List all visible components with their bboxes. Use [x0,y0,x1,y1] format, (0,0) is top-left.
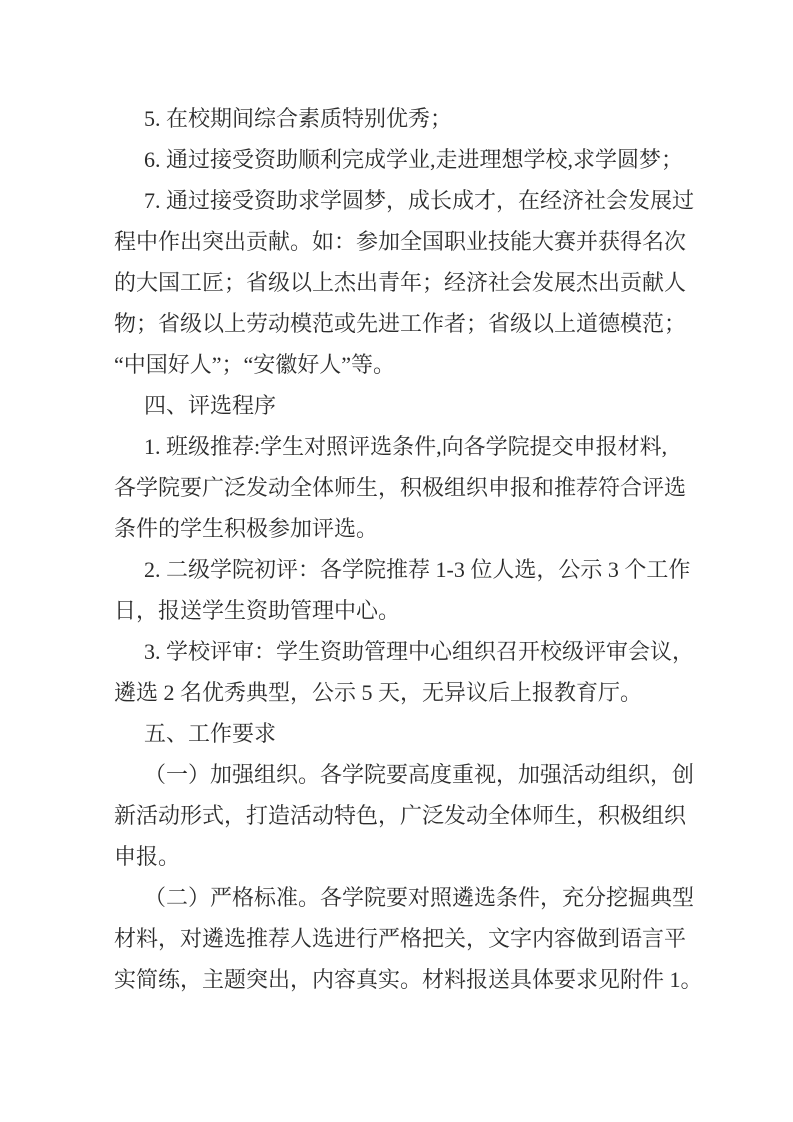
requirement-1-line-2: 新活动形式，打造活动特色，广泛发动全体师生，积极组织 [114,795,705,836]
list-item-6: 6. 通过接受资助顺利完成学业,走进理想学校,求学圆梦； [114,139,705,180]
requirement-1-line-3: 申报。 [114,836,705,877]
section-heading-4: 四、评选程序 [114,385,705,426]
procedure-step-1-line-3: 条件的学生积极参加评选。 [114,508,705,549]
list-item-7: 7. 通过接受资助求学圆梦，成长成才，在经济社会发展过程中作出突出贡献。如：参加… [114,180,705,385]
requirement-2-line-1: （二）严格标准。各学院要对照遴选条件，充分挖掘典型 [114,877,705,918]
procedure-step-1-line-1: 1. 班级推荐:学生对照评选条件,向各学院提交申报材料, [114,426,705,467]
list-item-5-line-1: 5. 在校期间综合素质特别优秀； [114,98,705,139]
procedure-step-2-line-2: 日，报送学生资助管理中心。 [114,590,705,631]
procedure-step-3-line-1: 3. 学校评审：学生资助管理中心组织召开校级评审会议， [114,631,705,672]
section-heading-5-line-1: 五、工作要求 [114,713,705,754]
procedure-step-2: 2. 二级学院初评：各学院推荐 1-3 位人选，公示 3 个工作日，报送学生资助… [114,549,705,631]
list-item-7-line-5: “中国好人”；“安徽好人”等。 [114,344,705,385]
section-heading-5: 五、工作要求 [114,713,705,754]
list-item-7-line-2: 程中作出突出贡献。如：参加全国职业技能大赛并获得名次 [114,221,705,262]
requirement-1-line-1: （一）加强组织。各学院要高度重视，加强活动组织，创 [114,754,705,795]
requirement-2-line-2: 材料，对遴选推荐人选进行严格把关，文字内容做到语言平 [114,918,705,959]
procedure-step-2-line-1: 2. 二级学院初评：各学院推荐 1-3 位人选，公示 3 个工作 [114,549,705,590]
document-body: 5. 在校期间综合素质特别优秀；6. 通过接受资助顺利完成学业,走进理想学校,求… [114,98,705,1000]
list-item-7-line-3: 的大国工匠；省级以上杰出青年；经济社会发展杰出贡献人 [114,262,705,303]
procedure-step-1-line-2: 各学院要广泛发动全体师生，积极组织申报和推荐符合评选 [114,467,705,508]
list-item-7-line-1: 7. 通过接受资助求学圆梦，成长成才，在经济社会发展过 [114,180,705,221]
requirement-2: （二）严格标准。各学院要对照遴选条件，充分挖掘典型材料，对遴选推荐人选进行严格把… [114,877,705,1000]
list-item-5: 5. 在校期间综合素质特别优秀； [114,98,705,139]
procedure-step-1: 1. 班级推荐:学生对照评选条件,向各学院提交申报材料,各学院要广泛发动全体师生… [114,426,705,549]
list-item-7-line-4: 物；省级以上劳动模范或先进工作者；省级以上道德模范； [114,303,705,344]
section-heading-4-line-1: 四、评选程序 [114,385,705,426]
document-page: 5. 在校期间综合素质特别优秀；6. 通过接受资助顺利完成学业,走进理想学校,求… [0,0,793,1122]
list-item-6-line-1: 6. 通过接受资助顺利完成学业,走进理想学校,求学圆梦； [114,139,705,180]
procedure-step-3: 3. 学校评审：学生资助管理中心组织召开校级评审会议，遴选 2 名优秀典型，公示… [114,631,705,713]
procedure-step-3-line-2: 遴选 2 名优秀典型，公示 5 天，无异议后上报教育厅。 [114,672,705,713]
requirement-1: （一）加强组织。各学院要高度重视，加强活动组织，创新活动形式，打造活动特色，广泛… [114,754,705,877]
requirement-2-line-3: 实简练，主题突出，内容真实。材料报送具体要求见附件 1。 [114,959,705,1000]
